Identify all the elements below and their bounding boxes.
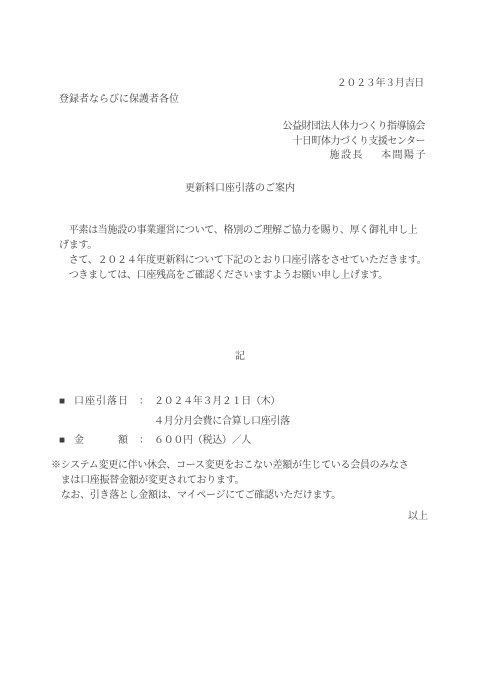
list-item-value-continuation: ４月分月会費に合算し口座引落 [154,412,480,432]
sender-facility: 十日町体力づくり支援センター [0,135,425,150]
list-item-colon: ： [134,431,154,451]
list-item-label: 口座引落日 [74,392,134,412]
body-line: つきましては、口座残高をご確認くださいますようお願い申し上げます。 [59,268,480,283]
note-block: ※システム変更に伴い休会、コース変更をおこない差額が生じている会員のみなさ まは… [51,458,480,504]
body-paragraphs: 平素は当施設の事業運営について、格別のご理解ご協力を賜り、厚く御礼申し上 げます… [59,223,480,284]
list-item-colon: ： [134,392,154,412]
body-line: さて、２０２４年度更新料について下記のとおり口座引落をさせていただきます。 [59,253,480,268]
closing-line: 以上 [0,509,480,525]
list-item-value: ２０２４年３月２１日（木） [154,392,280,412]
recipient-line: 登録者ならびに保護者各位 [59,92,480,108]
body-line: げます。 [59,238,480,253]
date-line: ２０２３年３月吉日 [0,76,480,92]
sender-block: 公益財団法人体力つくり指導協会 十日町体力づくり支援センター 施 設 長 本 間… [0,120,480,164]
list-item-amount: ■ 金 額 ： ６００円（税込）／人 [59,431,480,451]
list-item-label: 金 額 [74,431,134,451]
document-title: 更新料口座引落のご案内 [0,181,480,197]
note-line: まは口座振替金額が変更されております。 [51,473,480,488]
section-marker-ki: 記 [0,349,480,365]
square-bullet-icon: ■ [59,431,74,451]
body-line: 平素は当施設の事業運営について、格別のご理解ご協力を賜り、厚く御礼申し上 [59,223,480,238]
letter-page: ２０２３年３月吉日 登録者ならびに保護者各位 公益財団法人体力つくり指導協会 十… [0,0,480,679]
list-item-value: ６００円（税込）／人 [154,431,251,451]
sender-organization: 公益財団法人体力つくり指導協会 [0,120,425,135]
list-item-debit-date: ■ 口座引落日 ： ２０２４年３月２１日（木） [59,392,480,412]
details-list: ■ 口座引落日 ： ２０２４年３月２１日（木） ４月分月会費に合算し口座引落 ■… [59,392,480,451]
note-line: ※システム変更に伴い休会、コース変更をおこない差額が生じている会員のみなさ [51,458,480,473]
sender-signer: 施 設 長 本 間 陽 子 [0,149,425,164]
note-line: なお、引き落とし金額は、マイページにてご確認いただけます。 [51,488,480,503]
square-bullet-icon: ■ [59,392,74,412]
